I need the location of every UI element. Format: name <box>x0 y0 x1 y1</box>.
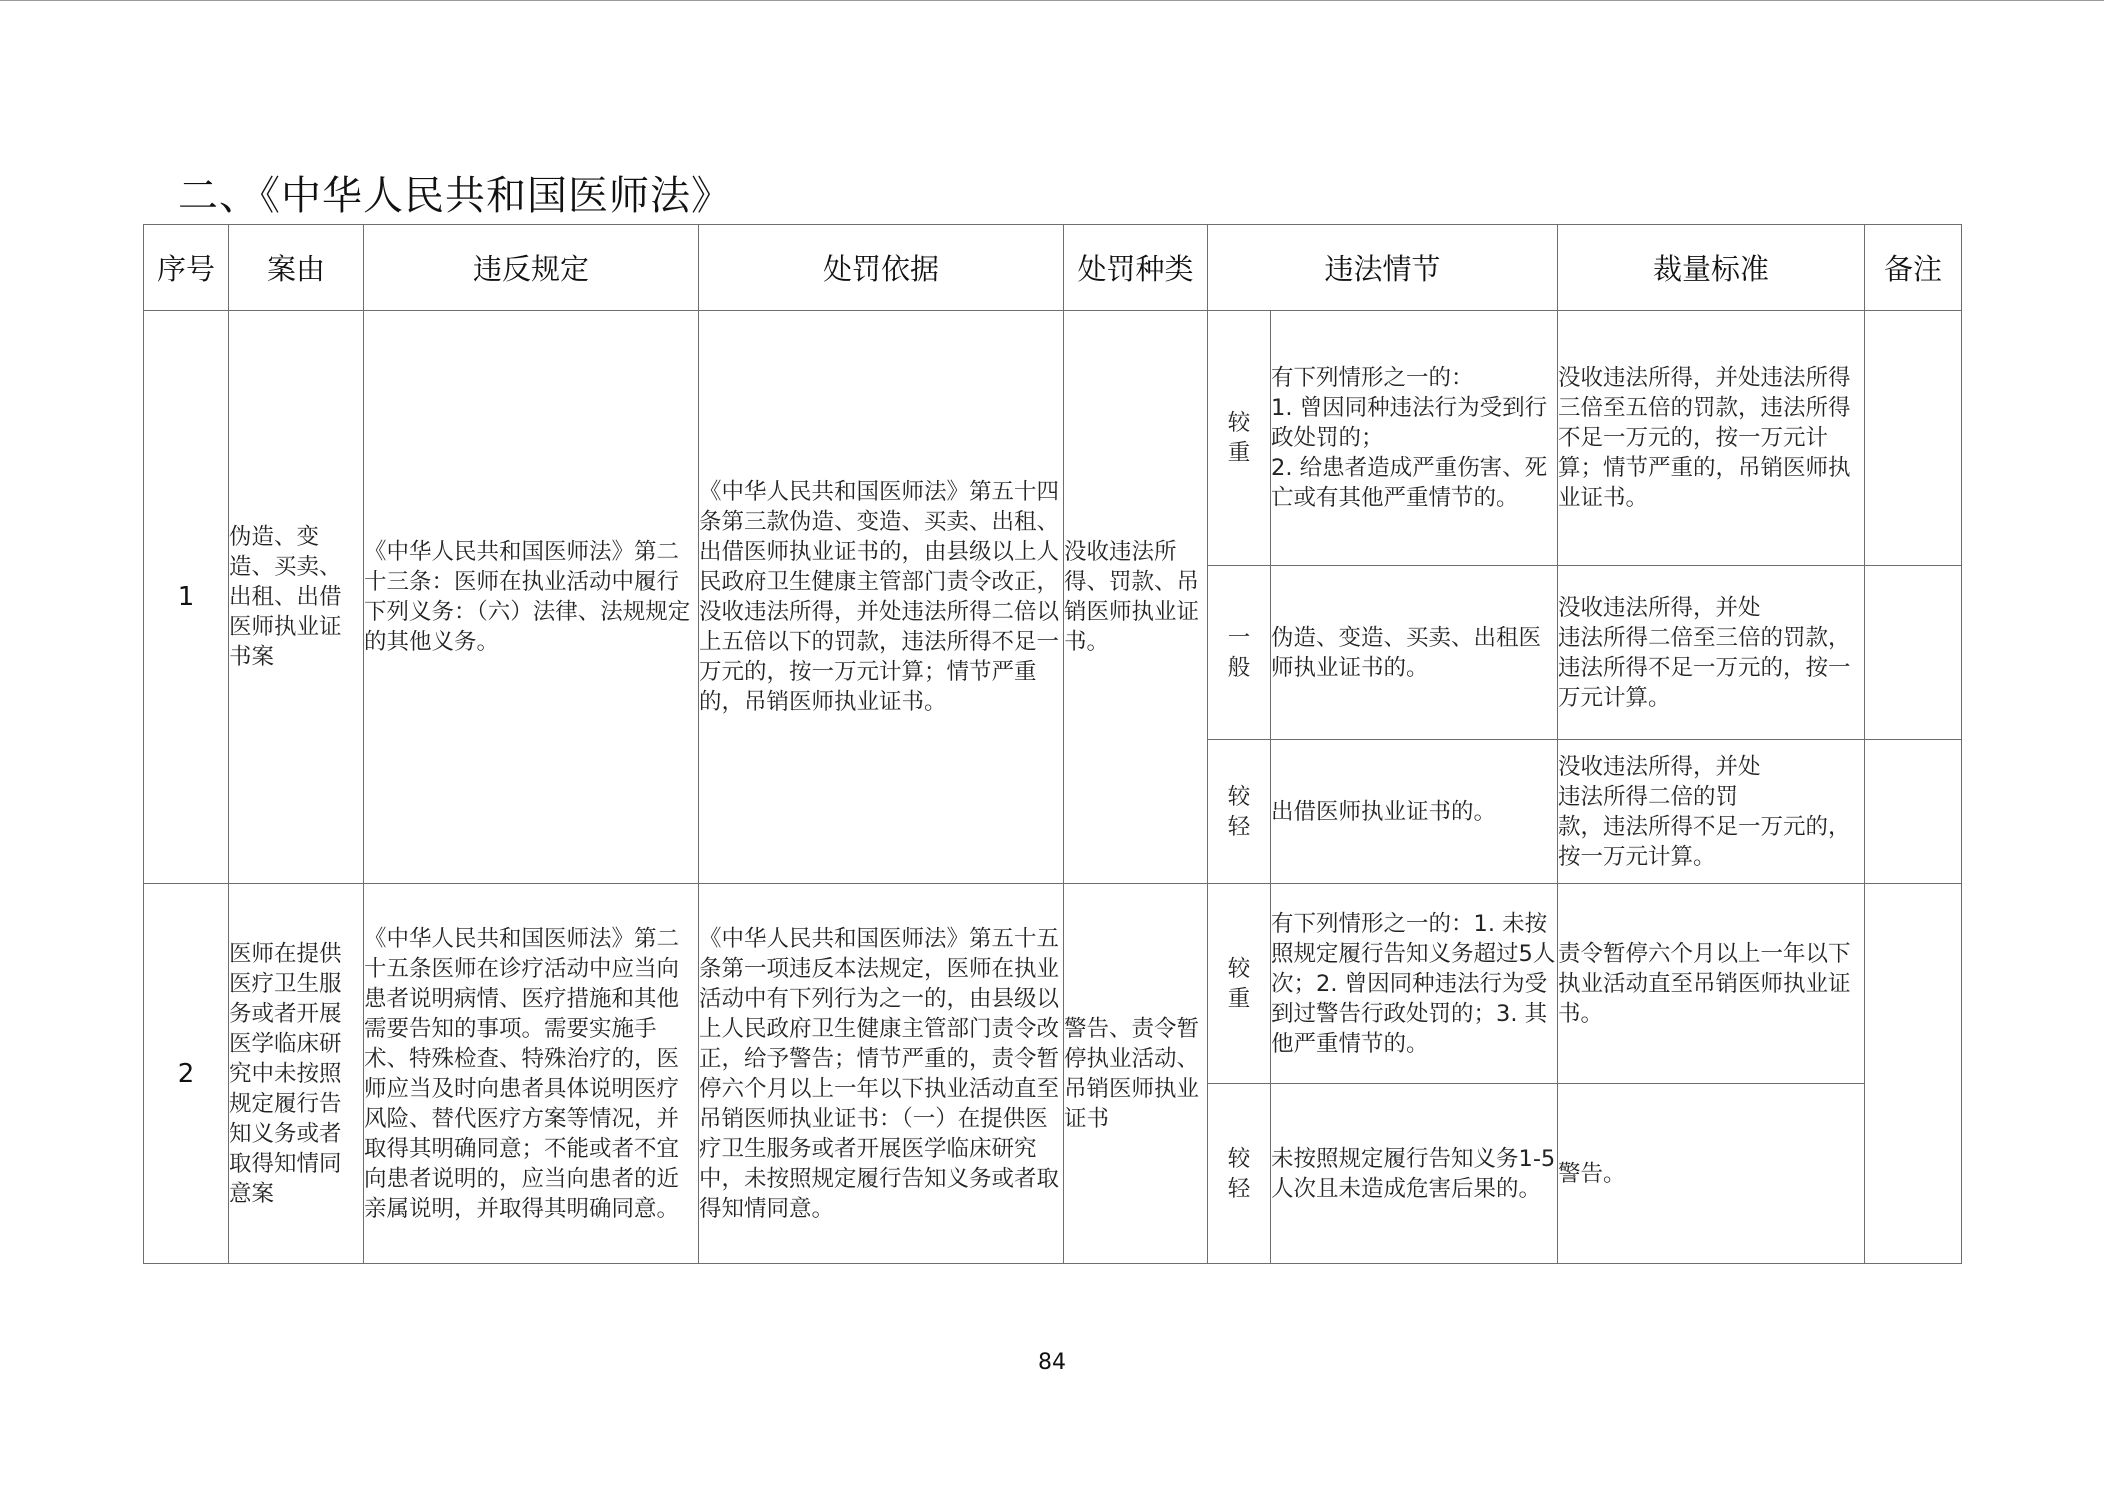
level-label: 较 轻 <box>1208 1084 1271 1264</box>
level-char: 一 <box>1208 623 1270 653</box>
row-case: 医师在提供医疗卫生服务或者开展医学临床研究中未按照规定履行告知义务或者取得知情同… <box>229 884 364 1264</box>
page-number: 84 <box>0 1350 2104 1375</box>
header-violation: 违反规定 <box>364 225 699 311</box>
level-remarks <box>1865 566 1962 740</box>
header-seq: 序号 <box>144 225 229 311</box>
header-penalty-type: 处罚种类 <box>1064 225 1208 311</box>
level-char: 重 <box>1208 984 1270 1014</box>
level-char: 轻 <box>1208 812 1270 842</box>
level-standard: 警告。 <box>1558 1084 1865 1264</box>
row-case: 伪造、变造、买卖、出租、出借医师执业证书案 <box>229 311 364 884</box>
header-case: 案由 <box>229 225 364 311</box>
level-circumstance: 伪造、变造、买卖、出租医师执业证书的。 <box>1271 566 1558 740</box>
level-circumstance: 未按照规定履行告知义务1-5人次且未造成危害后果的。 <box>1271 1084 1558 1264</box>
level-char: 较 <box>1208 408 1270 438</box>
level-circumstance: 有下列情形之一的：1. 未按照规定履行告知义务超过5人次；2. 曾因同种违法行为… <box>1271 884 1558 1084</box>
level-standard: 没收违法所得，并处 违法所得二倍至三倍的罚款，违法所得不足一万元的，按一万元计算… <box>1558 566 1865 740</box>
penalty-discretion-table: 序号 案由 违反规定 处罚依据 处罚种类 违法情节 裁量标准 备注 1 伪造、变… <box>143 224 1962 1264</box>
level-char: 较 <box>1208 782 1270 812</box>
level-circumstance: 有下列情形之一的： 1. 曾因同种违法行为受到行政处罚的； 2. 给患者造成严重… <box>1271 311 1558 566</box>
level-label: 一 般 <box>1208 566 1271 740</box>
table-row: 2 医师在提供医疗卫生服务或者开展医学临床研究中未按照规定履行告知义务或者取得知… <box>144 884 1962 1084</box>
level-remarks <box>1865 740 1962 884</box>
header-basis: 处罚依据 <box>699 225 1064 311</box>
header-standard: 裁量标准 <box>1558 225 1865 311</box>
row-penalty-type: 没收违法所得、罚款、吊销医师执业证书。 <box>1064 311 1208 884</box>
level-char: 般 <box>1208 653 1270 683</box>
page-top-border <box>0 0 2104 1</box>
header-remarks: 备注 <box>1865 225 1962 311</box>
level-standard: 责令暂停六个月以上一年以下执业活动直至吊销医师执业证书。 <box>1558 884 1865 1084</box>
level-char: 较 <box>1208 1144 1270 1174</box>
level-char: 重 <box>1208 438 1270 468</box>
row-basis: 《中华人民共和国医师法》第五十四条第三款伪造、变造、买卖、出租、出借医师执业证书… <box>699 311 1064 884</box>
level-label: 较 轻 <box>1208 740 1271 884</box>
level-standard: 没收违法所得，并处 违法所得二倍的罚 款，违法所得不足一万元的，按一万元计算。 <box>1558 740 1865 884</box>
level-char: 轻 <box>1208 1174 1270 1204</box>
header-circumstances: 违法情节 <box>1208 225 1558 311</box>
row-remarks <box>1865 884 1962 1264</box>
level-standard: 没收违法所得，并处违法所得三倍至五倍的罚款，违法所得不足一万元的，按一万元计算；… <box>1558 311 1865 566</box>
row-seq: 2 <box>144 884 229 1264</box>
level-label: 较 重 <box>1208 884 1271 1084</box>
section-title: 二、《中华人民共和国医师法》 <box>178 170 732 222</box>
table-row: 1 伪造、变造、买卖、出租、出借医师执业证书案 《中华人民共和国医师法》第二十三… <box>144 311 1962 566</box>
level-char: 较 <box>1208 954 1270 984</box>
header-row: 序号 案由 违反规定 处罚依据 处罚种类 违法情节 裁量标准 备注 <box>144 225 1962 311</box>
row-violation: 《中华人民共和国医师法》第二十五条医师在诊疗活动中应当向患者说明病情、医疗措施和… <box>364 884 699 1264</box>
row-penalty-type: 警告、责令暂停执业活动、吊销医师执业证书 <box>1064 884 1208 1264</box>
level-remarks <box>1865 311 1962 566</box>
row-violation: 《中华人民共和国医师法》第二十三条：医师在执业活动中履行下列义务：（六）法律、法… <box>364 311 699 884</box>
level-circumstance: 出借医师执业证书的。 <box>1271 740 1558 884</box>
level-label: 较 重 <box>1208 311 1271 566</box>
row-basis: 《中华人民共和国医师法》第五十五条第一项违反本法规定，医师在执业活动中有下列行为… <box>699 884 1064 1264</box>
row-seq: 1 <box>144 311 229 884</box>
